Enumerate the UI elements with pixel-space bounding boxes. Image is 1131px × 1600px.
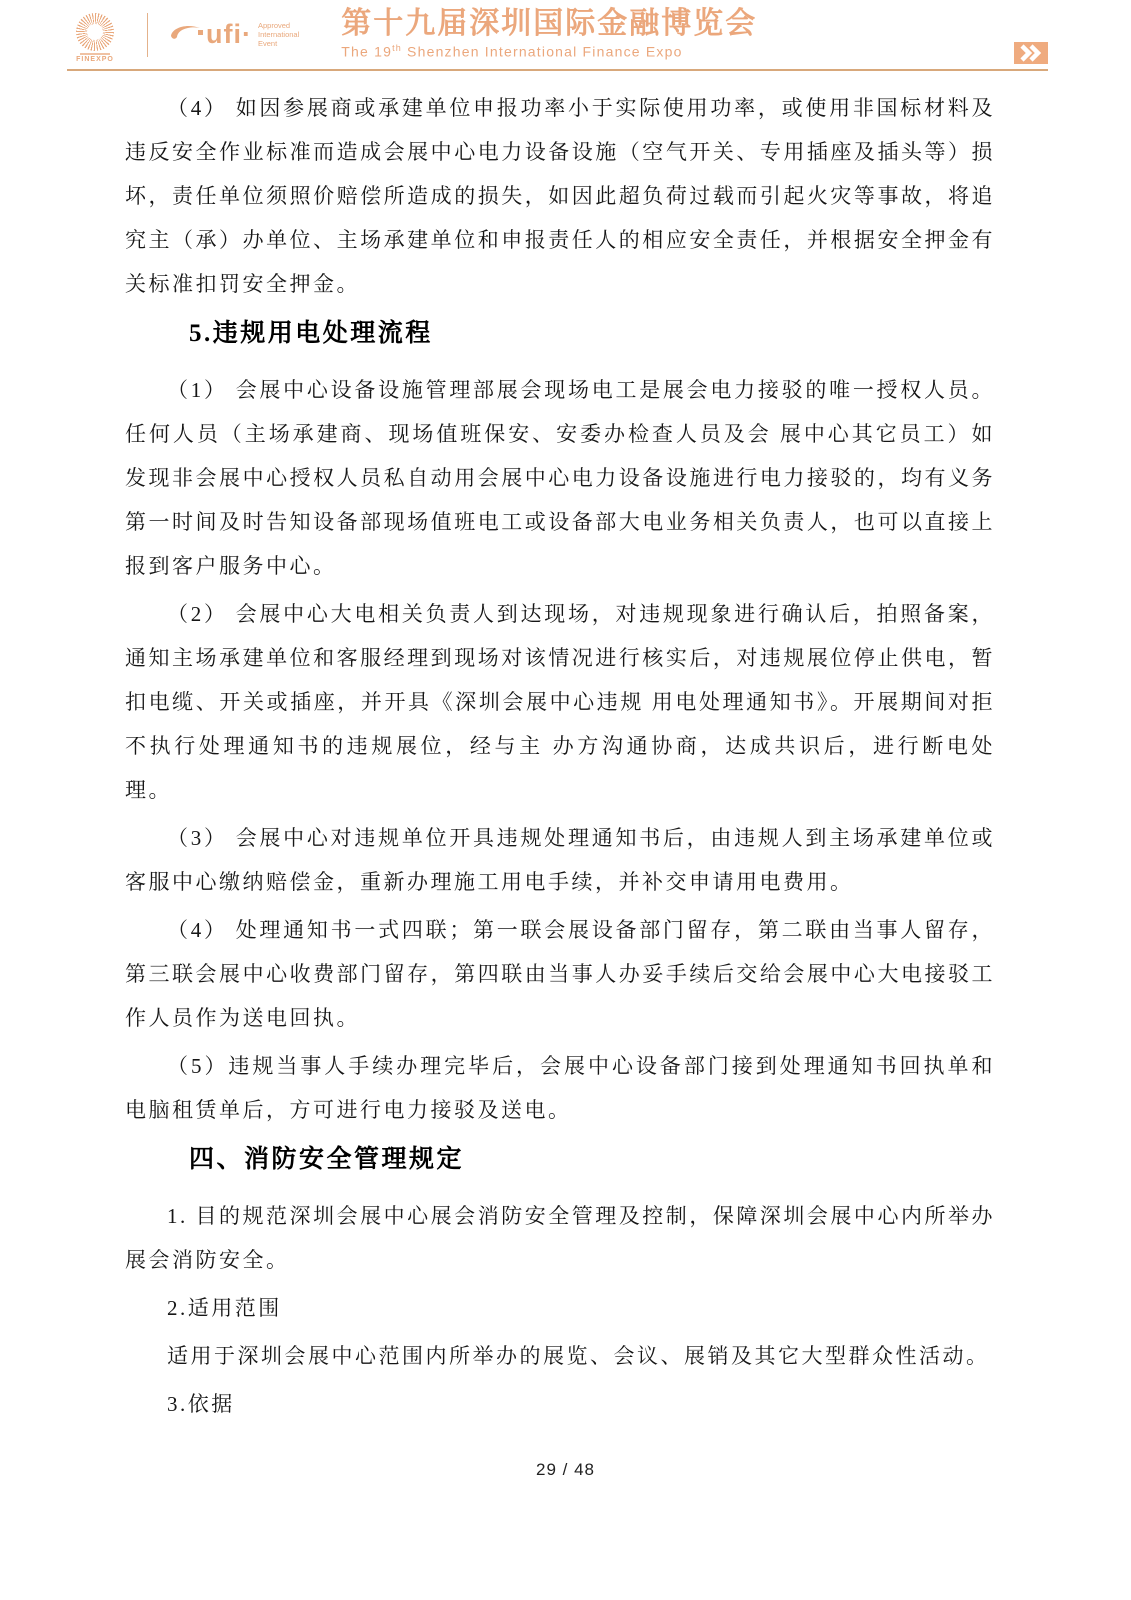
logo-divider-rule [80, 53, 110, 55]
ufi-logo: ufi· Approved International Event [170, 21, 299, 48]
header-vertical-divider [147, 13, 148, 57]
ufi-logo-label: ufi· [206, 21, 252, 48]
expo-title-cn: 第十九届深圳国际金融博览会 [341, 8, 757, 40]
paragraph-4-power-declaration: （4） 如因参展商或承建单位申报功率小于实际使用功率，或使用非国标材料及违反安全… [125, 86, 995, 306]
paragraph-basis-title: 3.依据 [125, 1382, 995, 1426]
section-heading-5-violation-process: 5.违规用电处理流程 [125, 310, 995, 358]
ufi-swoosh-icon [170, 23, 204, 46]
sunburst-icon [76, 13, 114, 51]
double-chevron-icon [1014, 42, 1048, 64]
paragraph-5-power-reconnection: （5）违规当事人手续办理完毕后，会展中心设备部门接到处理通知书回执单和电脑租赁单… [125, 1044, 995, 1132]
expo-title-en: The 19th Shenzhen International Finance … [341, 40, 757, 61]
finexpo-logo-label: FINEXPO [76, 56, 114, 63]
finexpo-logo: FINEXPO [67, 13, 123, 63]
document-page: FINEXPO ufi· Approved International Even… [0, 0, 1131, 1600]
paragraph-scope-title: 2.适用范围 [125, 1286, 995, 1330]
paragraph-fire-safety-purpose: 1. 目的规范深圳会展中心展会消防安全管理及控制，保障深圳会展中心内所举办展会消… [125, 1194, 995, 1282]
paragraph-2-violation-confirmation: （2） 会展中心大电相关负责人到达现场，对违规现象进行确认后，拍照备案，通知主场… [125, 592, 995, 812]
paragraph-4-notice-four-copies: （4） 处理通知书一式四联；第一联会展设备部门留存，第二联由当事人留存，第三联会… [125, 908, 995, 1040]
page-header: FINEXPO ufi· Approved International Even… [67, 0, 1048, 71]
ufi-tagline-line: International [258, 30, 299, 39]
ufi-tagline-line: Approved [258, 21, 290, 30]
document-body: （4） 如因参展商或承建单位申报功率小于实际使用功率，或使用非国标材料及违反安全… [125, 70, 995, 1430]
section-heading-fire-safety: 四、消防安全管理规定 [125, 1136, 995, 1184]
ufi-tagline-line: Event [258, 39, 277, 48]
expo-titles: 第十九届深圳国际金融博览会 The 19th Shenzhen Internat… [341, 8, 757, 61]
ufi-tagline: Approved International Event [258, 21, 299, 48]
page-number: 29 / 48 [0, 1460, 1131, 1480]
paragraph-3-compensation: （3） 会展中心对违规单位开具违规处理通知书后，由违规人到主场承建单位或客服中心… [125, 816, 995, 904]
paragraph-scope-content: 适用于深圳会展中心范围内所举办的展览、会议、展销及其它大型群众性活动。 [125, 1334, 995, 1378]
paragraph-1-authorized-electricians: （1） 会展中心设备设施管理部展会现场电工是展会电力接驳的唯一授权人员。任何人员… [125, 368, 995, 588]
